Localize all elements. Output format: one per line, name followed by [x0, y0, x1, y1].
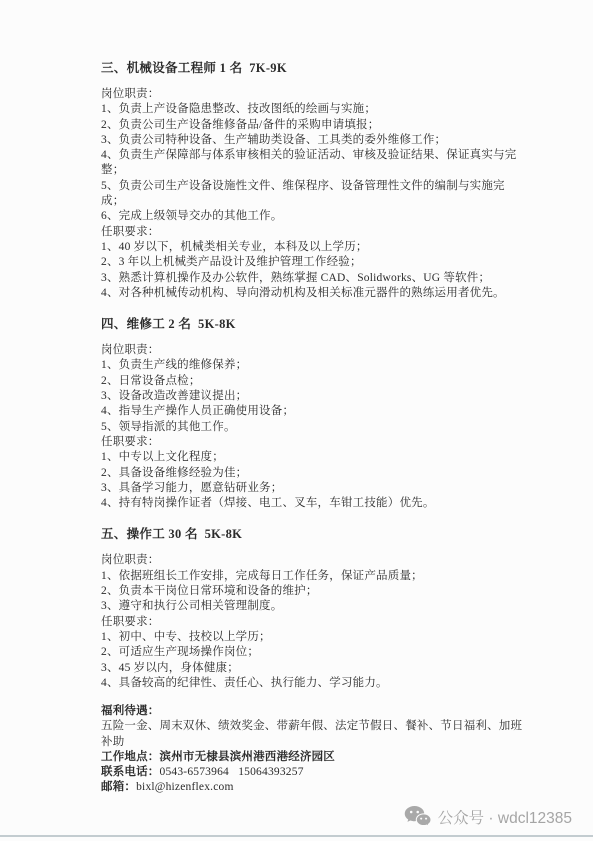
block-label: 任职要求：	[101, 615, 523, 630]
phone-line: 联系电话：0543-6573964 15064393257	[101, 765, 523, 780]
block-item: 1、40 岁以下，机械类相关专业，本科及以上学历；	[101, 240, 523, 255]
sections: 三、机械设备工程师 1 名 7K-9K岗位职责：1、负责上产设备隐患整改、技改图…	[101, 58, 523, 691]
work-location-value: 滨州市无棣县滨州港西港经济园区	[160, 751, 336, 763]
job-section-1: 四、维修工 2 名 5K-8K岗位职责：1、负责生产线的维修保养；2、日常设备点…	[101, 314, 523, 511]
block-item: 4、负责生产保障部与体系审核相关的验证活动、审核及验证结果、保证真实与完整；	[101, 148, 523, 179]
block-item: 2、3 年以上机械类产品设计及维护管理工作经验；	[101, 255, 523, 270]
phone-label: 联系电话：	[101, 766, 160, 778]
block-item: 2、可适应生产现场操作岗位；	[101, 645, 523, 660]
block-item: 6、完成上级领导交办的其他工作。	[101, 209, 523, 224]
block-item: 2、具备设备维修经验为佳；	[101, 466, 523, 481]
block-item: 5、领导指派的其他工作。	[101, 420, 523, 435]
wechat-account-label: 公众号 · wdcl12385	[438, 806, 572, 828]
block-label: 任职要求：	[101, 225, 523, 240]
block-item: 4、指导生产操作人员正确使用设备；	[101, 404, 523, 419]
block-label: 岗位职责：	[101, 87, 523, 102]
block-item: 3、具备学习能力，愿意钻研业务；	[101, 481, 523, 496]
job-section-heading: 三、机械设备工程师 1 名 7K-9K	[101, 58, 523, 76]
work-location-label: 工作地点：	[101, 751, 160, 763]
job-posting-document: 三、机械设备工程师 1 名 7K-9K岗位职责：1、负责上产设备隐患整改、技改图…	[0, 0, 593, 795]
job-section-0: 三、机械设备工程师 1 名 7K-9K岗位职责：1、负责上产设备隐患整改、技改图…	[101, 58, 523, 301]
wechat-footer-bar: 公众号 · wdcl12385	[0, 789, 593, 841]
block-label: 任职要求：	[101, 435, 523, 450]
block-item: 1、初中、中专、技校以上学历；	[101, 630, 523, 645]
block-label: 岗位职责：	[101, 343, 523, 358]
benefits-contact-block: 福利待遇： 五险一金、周末双休、绩效奖金、带薪年假、法定节假日、餐补、节日福利、…	[101, 704, 523, 795]
block-item: 3、熟悉计算机操作及办公软件，熟练掌握 CAD、Solidworks、UG 等软…	[101, 271, 523, 286]
block-item: 2、日常设备点检；	[101, 374, 523, 389]
wechat-account-tag: 公众号 · wdcl12385	[404, 805, 572, 828]
block-item: 1、负责生产线的维修保养；	[101, 358, 523, 373]
block-item: 2、负责本干岗位日常环境和设备的维护；	[101, 584, 523, 599]
work-location-line: 工作地点：滨州市无棣县滨州港西港经济园区	[101, 750, 523, 765]
block-item: 1、依据班组长工作安排，完成每日工作任务，保证产品质量；	[101, 569, 523, 584]
block-item: 4、对各种机械传动机构、导向滑动机构及相关标准元器件的熟练运用者优先。	[101, 286, 523, 301]
block-item: 2、负责公司生产设备维修备品/备件的采购申请填报；	[101, 118, 523, 133]
benefits-heading: 福利待遇：	[101, 704, 523, 719]
footer-divider	[0, 835, 593, 837]
block-item: 5、负责公司生产设备设施性文件、维保程序、设备管理性文件的编制与实施完成；	[101, 179, 523, 210]
wechat-icon	[404, 805, 431, 828]
benefits-list: 五险一金、周末双休、绩效奖金、带薪年假、法定节假日、餐补、节日福利、加班补助	[101, 719, 523, 749]
block-item: 1、负责上产设备隐患整改、技改图纸的绘画与实施；	[101, 102, 523, 117]
phone-numbers: 0543-6573964 15064393257	[160, 766, 304, 778]
block-item: 4、持有特岗操作证者（焊接、电工、叉车，车钳工技能）优先。	[101, 496, 523, 511]
block-item: 4、具备较高的纪律性、责任心、执行能力、学习能力。	[101, 676, 523, 691]
job-section-heading: 四、维修工 2 名 5K-8K	[101, 314, 523, 332]
job-section-2: 五、操作工 30 名 5K-8K岗位职责：1、依据班组长工作安排，完成每日工作任…	[101, 524, 523, 691]
block-item: 3、负责公司特种设备、生产辅助类设备、工具类的委外维修工作；	[101, 133, 523, 148]
block-item: 1、中专以上文化程度；	[101, 450, 523, 465]
job-section-heading: 五、操作工 30 名 5K-8K	[101, 524, 523, 542]
block-item: 3、45 岁以内，身体健康；	[101, 661, 523, 676]
block-item: 3、设备改造改善建议提出；	[101, 389, 523, 404]
block-label: 岗位职责：	[101, 553, 523, 568]
block-item: 3、遵守和执行公司相关管理制度。	[101, 599, 523, 614]
